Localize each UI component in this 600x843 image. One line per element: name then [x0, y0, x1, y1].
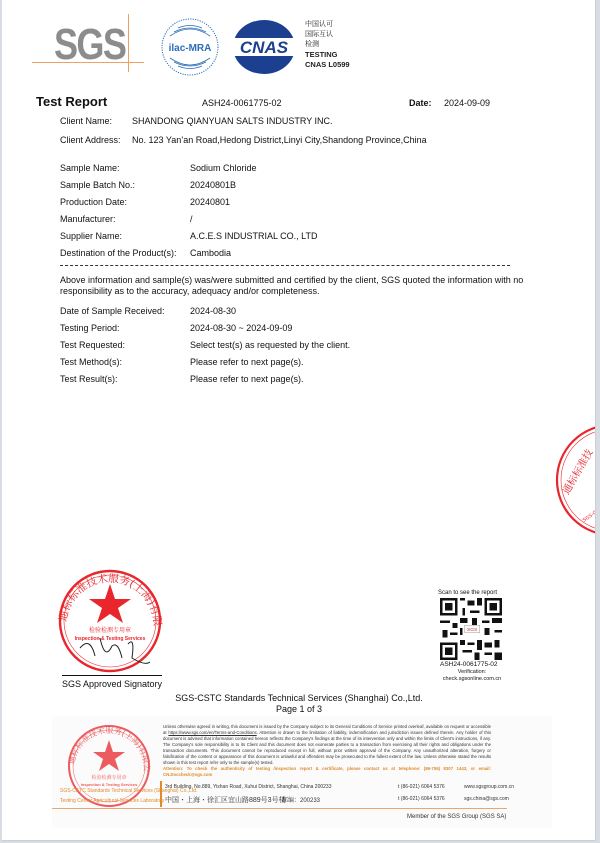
- authenticity-attention: Attention: To check the authenticity of …: [163, 766, 491, 778]
- report-date: 2024-09-09: [444, 98, 490, 108]
- sample-label: Sample Name:: [60, 163, 120, 173]
- svg-text:CNAS: CNAS: [240, 38, 289, 57]
- testing-label: Testing Period:: [60, 323, 120, 333]
- testing-value: 2024-08-30 ~ 2024-09-09: [190, 323, 292, 333]
- testing-value: 2024-08-30: [190, 306, 236, 316]
- svg-text:检验检测专用章: 检验检测专用章: [89, 626, 131, 634]
- address-accent-bar: [160, 781, 162, 807]
- page-title: Test Report: [36, 94, 107, 109]
- fine-print-text: . Attention is drawn to the limitation o…: [163, 730, 491, 765]
- client-address: No. 123 Yan’an Road,Hedong District,Liny…: [132, 135, 427, 145]
- verification-label: Verification:: [438, 669, 506, 676]
- approved-signatory: SGS Approved Signatory: [62, 679, 162, 689]
- address-cn: 中国・上海・徐汇区宜山路889号3号楼: [165, 795, 286, 805]
- signature-line: [62, 675, 162, 676]
- cnas-text-line: 国际互认: [305, 30, 350, 40]
- qr-code[interactable]: SGS: [440, 598, 502, 660]
- cnas-text-line: TESTING: [305, 50, 350, 60]
- sgs-member-text: Member of the SGS Group (SGS SA): [407, 814, 506, 820]
- qr-caption: Scan to see the report: [438, 590, 497, 596]
- client-address-label: Client Address:: [60, 135, 121, 145]
- sample-label: Sample Batch No.:: [60, 180, 135, 190]
- svg-text:ilac-MRA: ilac-MRA: [169, 43, 212, 54]
- website-link[interactable]: www.sgsgroup.com.cn: [464, 784, 514, 790]
- cnas-accreditation-text: 中国认可 国际互认 检测 TESTING CNAS L0599: [305, 20, 350, 70]
- sample-value: A.C.E.S INDUSTRIAL CO., LTD: [190, 231, 318, 241]
- sample-value: Sodium Chloride: [190, 163, 257, 173]
- email-link[interactable]: sgs.china@sgs.com: [464, 796, 509, 802]
- verification-url[interactable]: check.sgsonline.com.cn: [438, 676, 506, 683]
- phone: t (86-021) 6064 5376: [398, 784, 445, 790]
- svg-text:Inspection & Testing Services: Inspection & Testing Services: [81, 782, 138, 787]
- svg-text:Inspection & Testing Services: Inspection & Testing Services: [75, 636, 146, 642]
- sample-value: 20240801B: [190, 180, 236, 190]
- sample-label: Production Date:: [60, 197, 127, 207]
- svg-text:通标标准技: 通标标准技: [559, 447, 595, 497]
- date-label: Date:: [409, 98, 432, 108]
- svg-text:检验检测专用章: 检验检测专用章: [91, 774, 126, 781]
- cnas-text-line: 中国认可: [305, 20, 350, 30]
- stamp-caption: Testing Center Agricultural Services Lab…: [60, 798, 164, 804]
- testing-value: Select test(s) as requested by the clien…: [190, 340, 350, 350]
- section-divider: [60, 265, 510, 266]
- terms-link[interactable]: https://www.sgs.com/en/Terms-and-Conditi…: [168, 730, 256, 735]
- testing-label: Test Result(s):: [60, 374, 118, 384]
- testing-label: Test Method(s):: [60, 357, 122, 367]
- seal-stamp-partial: 通标标准技 SGS-CSTC Standa: [554, 420, 596, 540]
- sample-label: Supplier Name:: [60, 231, 122, 241]
- sample-value: 20240801: [190, 197, 230, 207]
- company-footer: SGS-CSTC Standards Technical Services (S…: [2, 693, 596, 715]
- company-name: SGS-CSTC Standards Technical Services (S…: [2, 693, 596, 704]
- ilac-mra-logo: ilac-MRA: [160, 14, 220, 80]
- sample-value: /: [190, 214, 193, 224]
- sample-value: Cambodia: [190, 248, 231, 258]
- verification-info: Verification: check.sgsonline.com.cn: [438, 669, 506, 683]
- cnas-logo: CNAS: [230, 18, 298, 76]
- cnas-text-line: 检测: [305, 40, 350, 50]
- address-en: 3rd Building, No.889, Yishan Road, Xuhui…: [165, 784, 332, 790]
- disclaimer-notice: Above information and sample(s) was/were…: [60, 275, 550, 297]
- testing-value: Please refer to next page(s).: [190, 374, 304, 384]
- logo-rule-vertical: [128, 14, 129, 72]
- testing-value: Please refer to next page(s).: [190, 357, 304, 367]
- qr-report-id: ASH24-0061775-02: [440, 661, 497, 668]
- client-name: SHANDONG QIANYUAN SALTS INDUSTRY INC.: [132, 116, 333, 126]
- report-number: ASH24-0061775-02: [202, 98, 282, 108]
- footer-rule: [52, 808, 507, 809]
- sgs-logo: SGS: [32, 12, 147, 74]
- page-number: Page 1 of 3: [2, 704, 596, 715]
- seal-stamp: 通标标准技术服务(上海)有限公司 检验检测专用章 Inspection & Te…: [50, 566, 170, 676]
- testing-label: Test Requested:: [60, 340, 125, 350]
- cnas-accreditation-number: CNAS L0599: [305, 60, 350, 70]
- postcode-cn: 邮编：200233: [282, 795, 320, 804]
- terms-fine-print: Unless otherwise agreed in writing, this…: [163, 724, 491, 778]
- sample-label: Destination of the Product(s):: [60, 248, 177, 258]
- sample-label: Manufacturer:: [60, 214, 116, 224]
- phone: t (86-021) 6064 5376: [398, 796, 445, 802]
- client-name-label: Client Name:: [60, 116, 112, 126]
- svg-text:SGS-CSTC Standa: SGS-CSTC Standa: [582, 494, 596, 524]
- report-page: SGS ilac-MRA CNAS 中国认可 国际互认 检测 TESTING C…: [2, 0, 596, 841]
- svg-text:SGS: SGS: [467, 627, 478, 633]
- testing-label: Date of Sample Received:: [60, 306, 165, 316]
